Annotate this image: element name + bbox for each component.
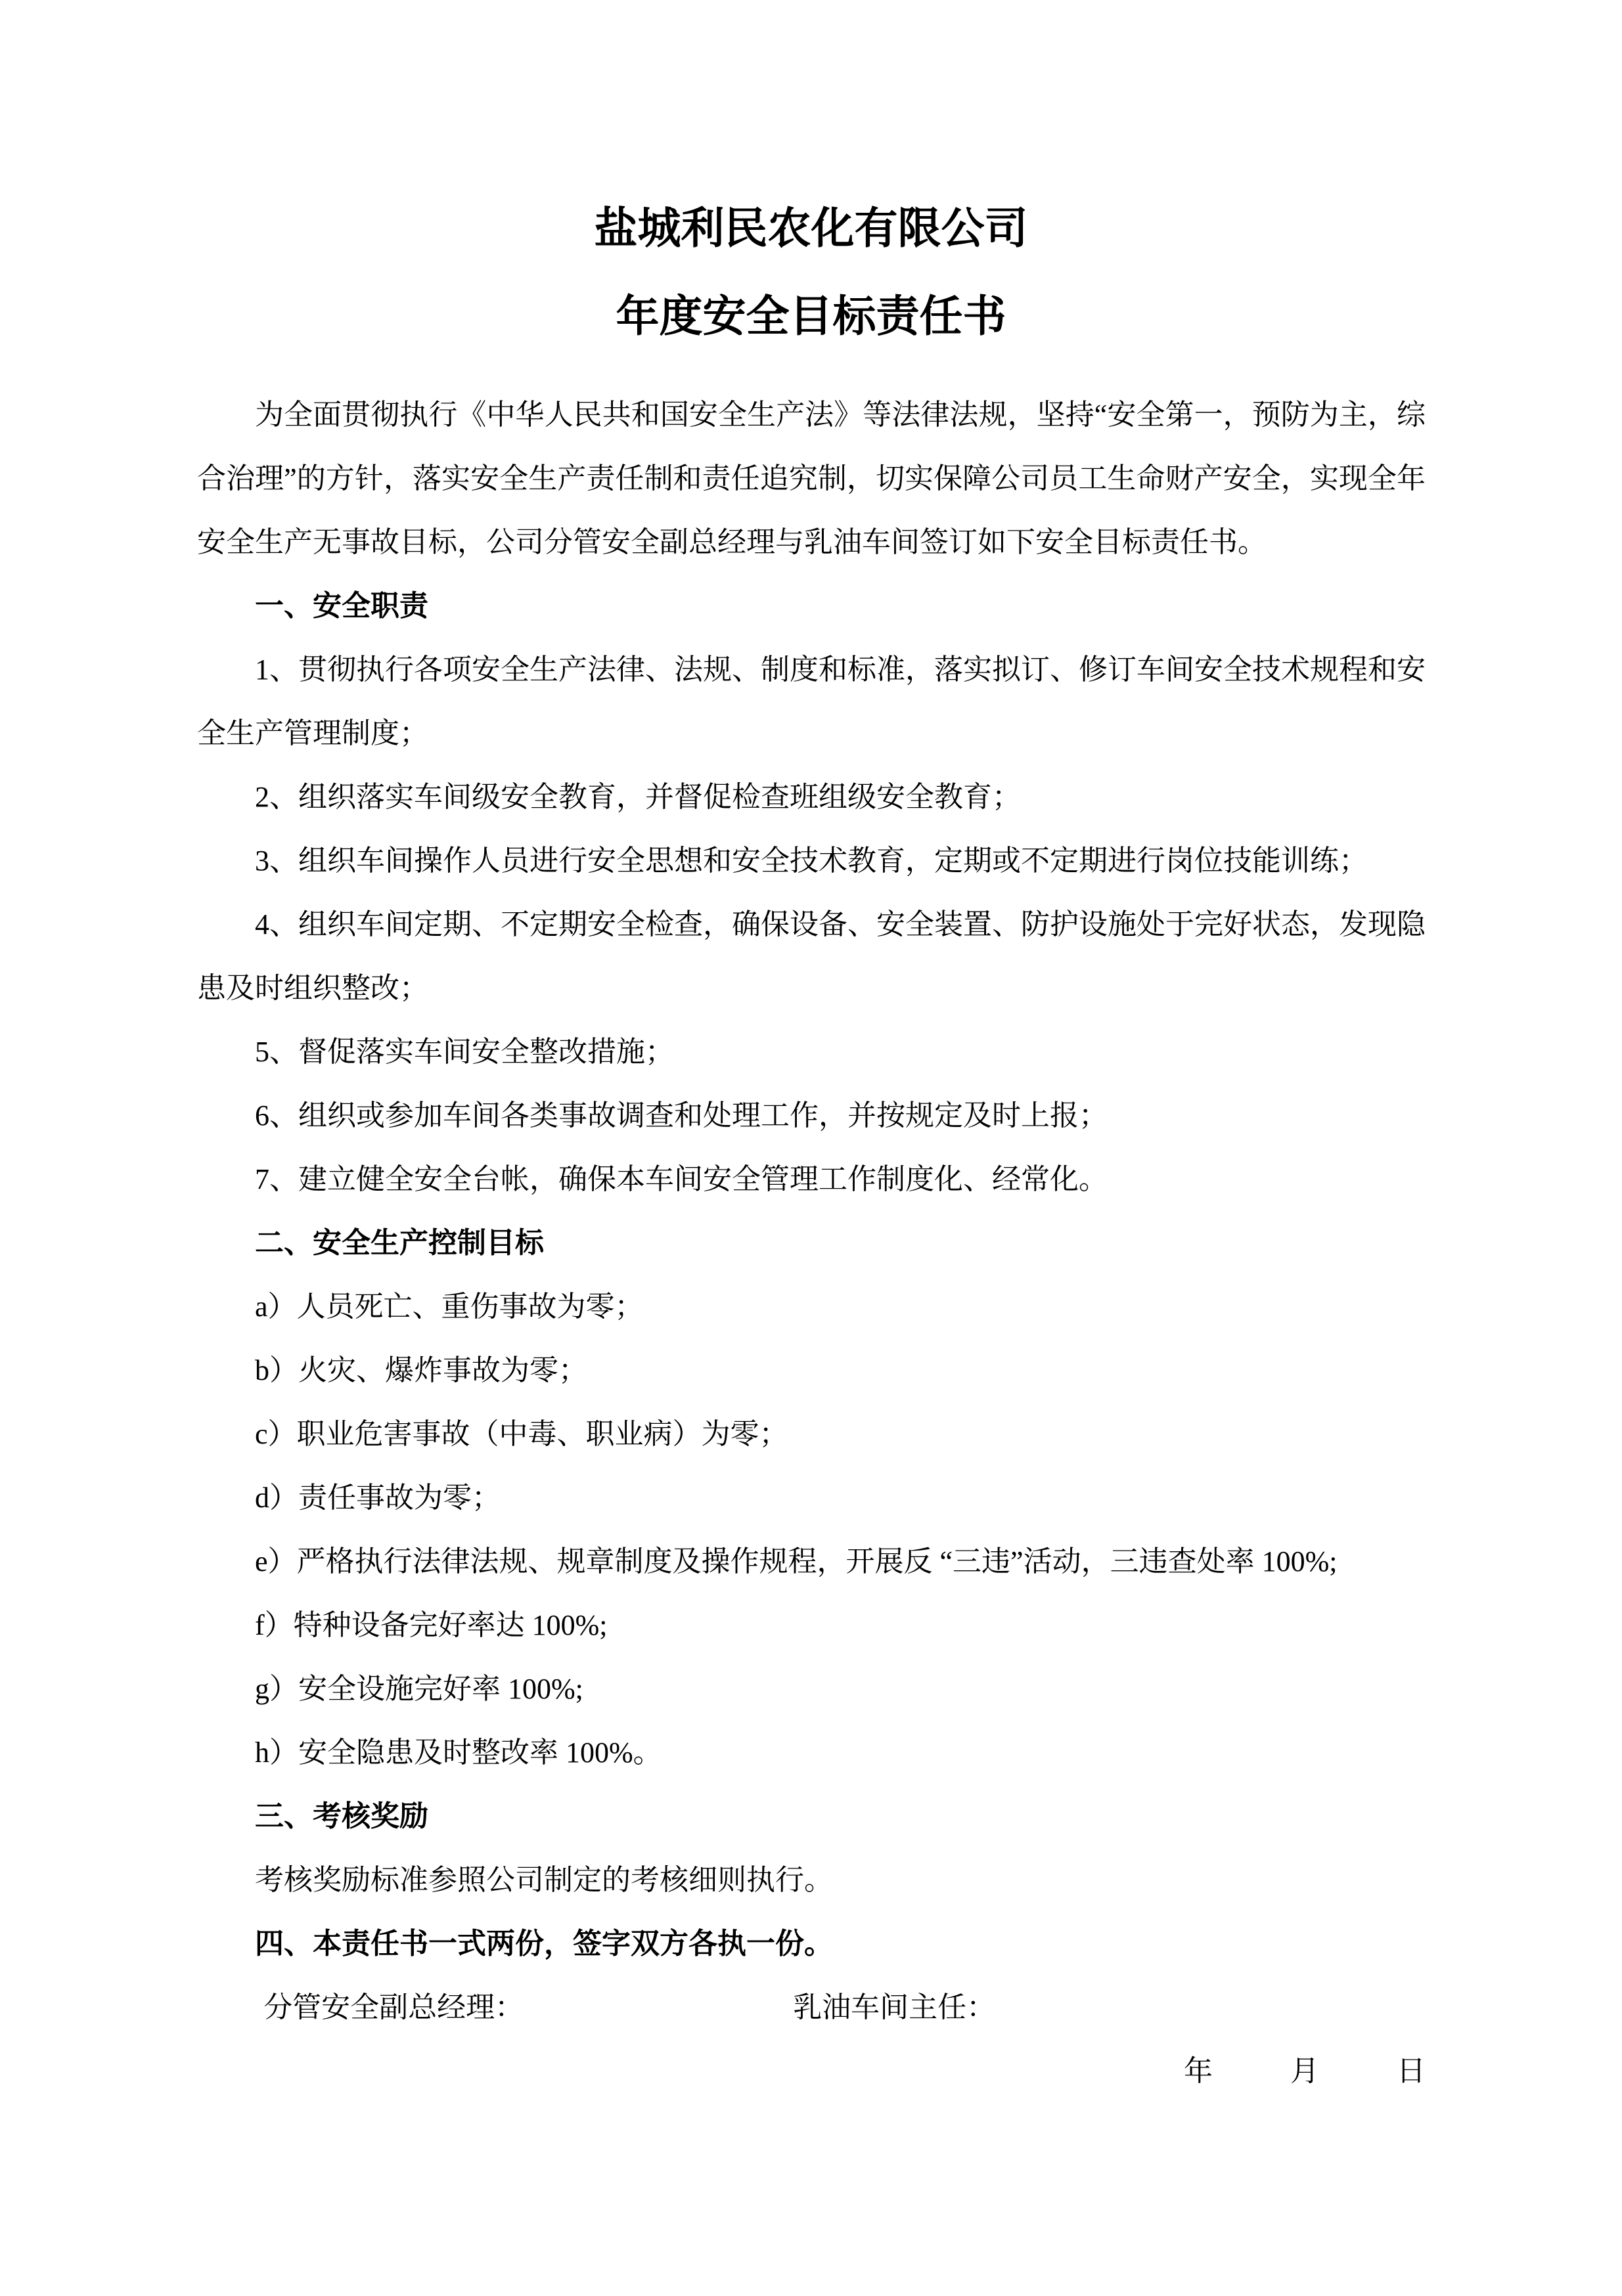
section-3-heading: 三、考核奖励 bbox=[197, 1784, 1426, 1848]
date-month-label: 月 bbox=[1290, 2055, 1319, 2087]
section-2-item-d: d）责任事故为零； bbox=[197, 1466, 1426, 1530]
section-2-item-a: a）人员死亡、重伤事故为零； bbox=[197, 1275, 1426, 1338]
section-1-item-6: 6、组织或参加车间各类事故调查和处理工作，并按规定及时上报； bbox=[197, 1084, 1426, 1147]
section-4-heading: 四、本责任书一式两份，签字双方各执一份。 bbox=[197, 1912, 1426, 1976]
doc-title: 年度安全目标责任书 bbox=[0, 273, 1622, 361]
date-day-label: 日 bbox=[1397, 2055, 1426, 2087]
section-2-item-h: h）安全隐患及时整改率 100%。 bbox=[197, 1721, 1426, 1784]
section-2-item-c: c）职业危害事故（中毒、职业病）为零； bbox=[197, 1402, 1426, 1466]
date-line: 年月日 bbox=[197, 2039, 1426, 2103]
document-titles: 盐城利民农化有限公司 年度安全目标责任书 bbox=[0, 0, 1622, 361]
section-1-heading: 一、安全职责 bbox=[197, 574, 1426, 638]
date-year-label: 年 bbox=[1184, 2055, 1213, 2087]
section-1-item-5: 5、督促落实车间安全整改措施； bbox=[197, 1020, 1426, 1084]
section-2-heading: 二、安全生产控制目标 bbox=[197, 1211, 1426, 1275]
document-page: 盐城利民农化有限公司 年度安全目标责任书 为全面贯彻执行《中华人民共和国安全生产… bbox=[0, 0, 1622, 2296]
section-1-item-2: 2、组织落实车间级安全教育，并督促检查班组级安全教育； bbox=[197, 765, 1426, 829]
document-body: 为全面贯彻执行《中华人民共和国安全生产法》等法律法规，坚持“安全第一，预防为主，… bbox=[197, 383, 1426, 2103]
section-1-item-7: 7、建立健全安全台帐，确保本车间安全管理工作制度化、经常化。 bbox=[197, 1147, 1426, 1211]
section-1-item-4: 4、组织车间定期、不定期安全检查，确保设备、安全装置、防护设施处于完好状态，发现… bbox=[197, 893, 1426, 1020]
section-2-item-f: f）特种设备完好率达 100%; bbox=[197, 1593, 1426, 1657]
intro-paragraph: 为全面贯彻执行《中华人民共和国安全生产法》等法律法规，坚持“安全第一，预防为主，… bbox=[197, 383, 1426, 574]
section-2-item-g: g）安全设施完好率 100%; bbox=[197, 1657, 1426, 1721]
section-2-item-e: e）严格执行法律法规、规章制度及操作规程，开展反 “三违”活动，三违查处率 10… bbox=[197, 1530, 1426, 1593]
section-3-body: 考核奖励标准参照公司制定的考核细则执行。 bbox=[197, 1848, 1426, 1912]
signature-left-label: 分管安全副总经理： bbox=[263, 1991, 524, 2023]
section-1-item-3: 3、组织车间操作人员进行安全思想和安全技术教育，定期或不定期进行岗位技能训练； bbox=[197, 829, 1426, 893]
section-2-item-b: b）火灾、爆炸事故为零； bbox=[197, 1338, 1426, 1402]
section-1-item-1: 1、贯彻执行各项安全生产法律、法规、制度和标准，落实拟订、修订车间安全技术规程和… bbox=[197, 638, 1426, 765]
signature-line: 分管安全副总经理：乳油车间主任： bbox=[197, 1976, 1426, 2039]
company-title: 盐城利民农化有限公司 bbox=[0, 185, 1622, 273]
signature-right-label: 乳油车间主任： bbox=[793, 1991, 995, 2023]
